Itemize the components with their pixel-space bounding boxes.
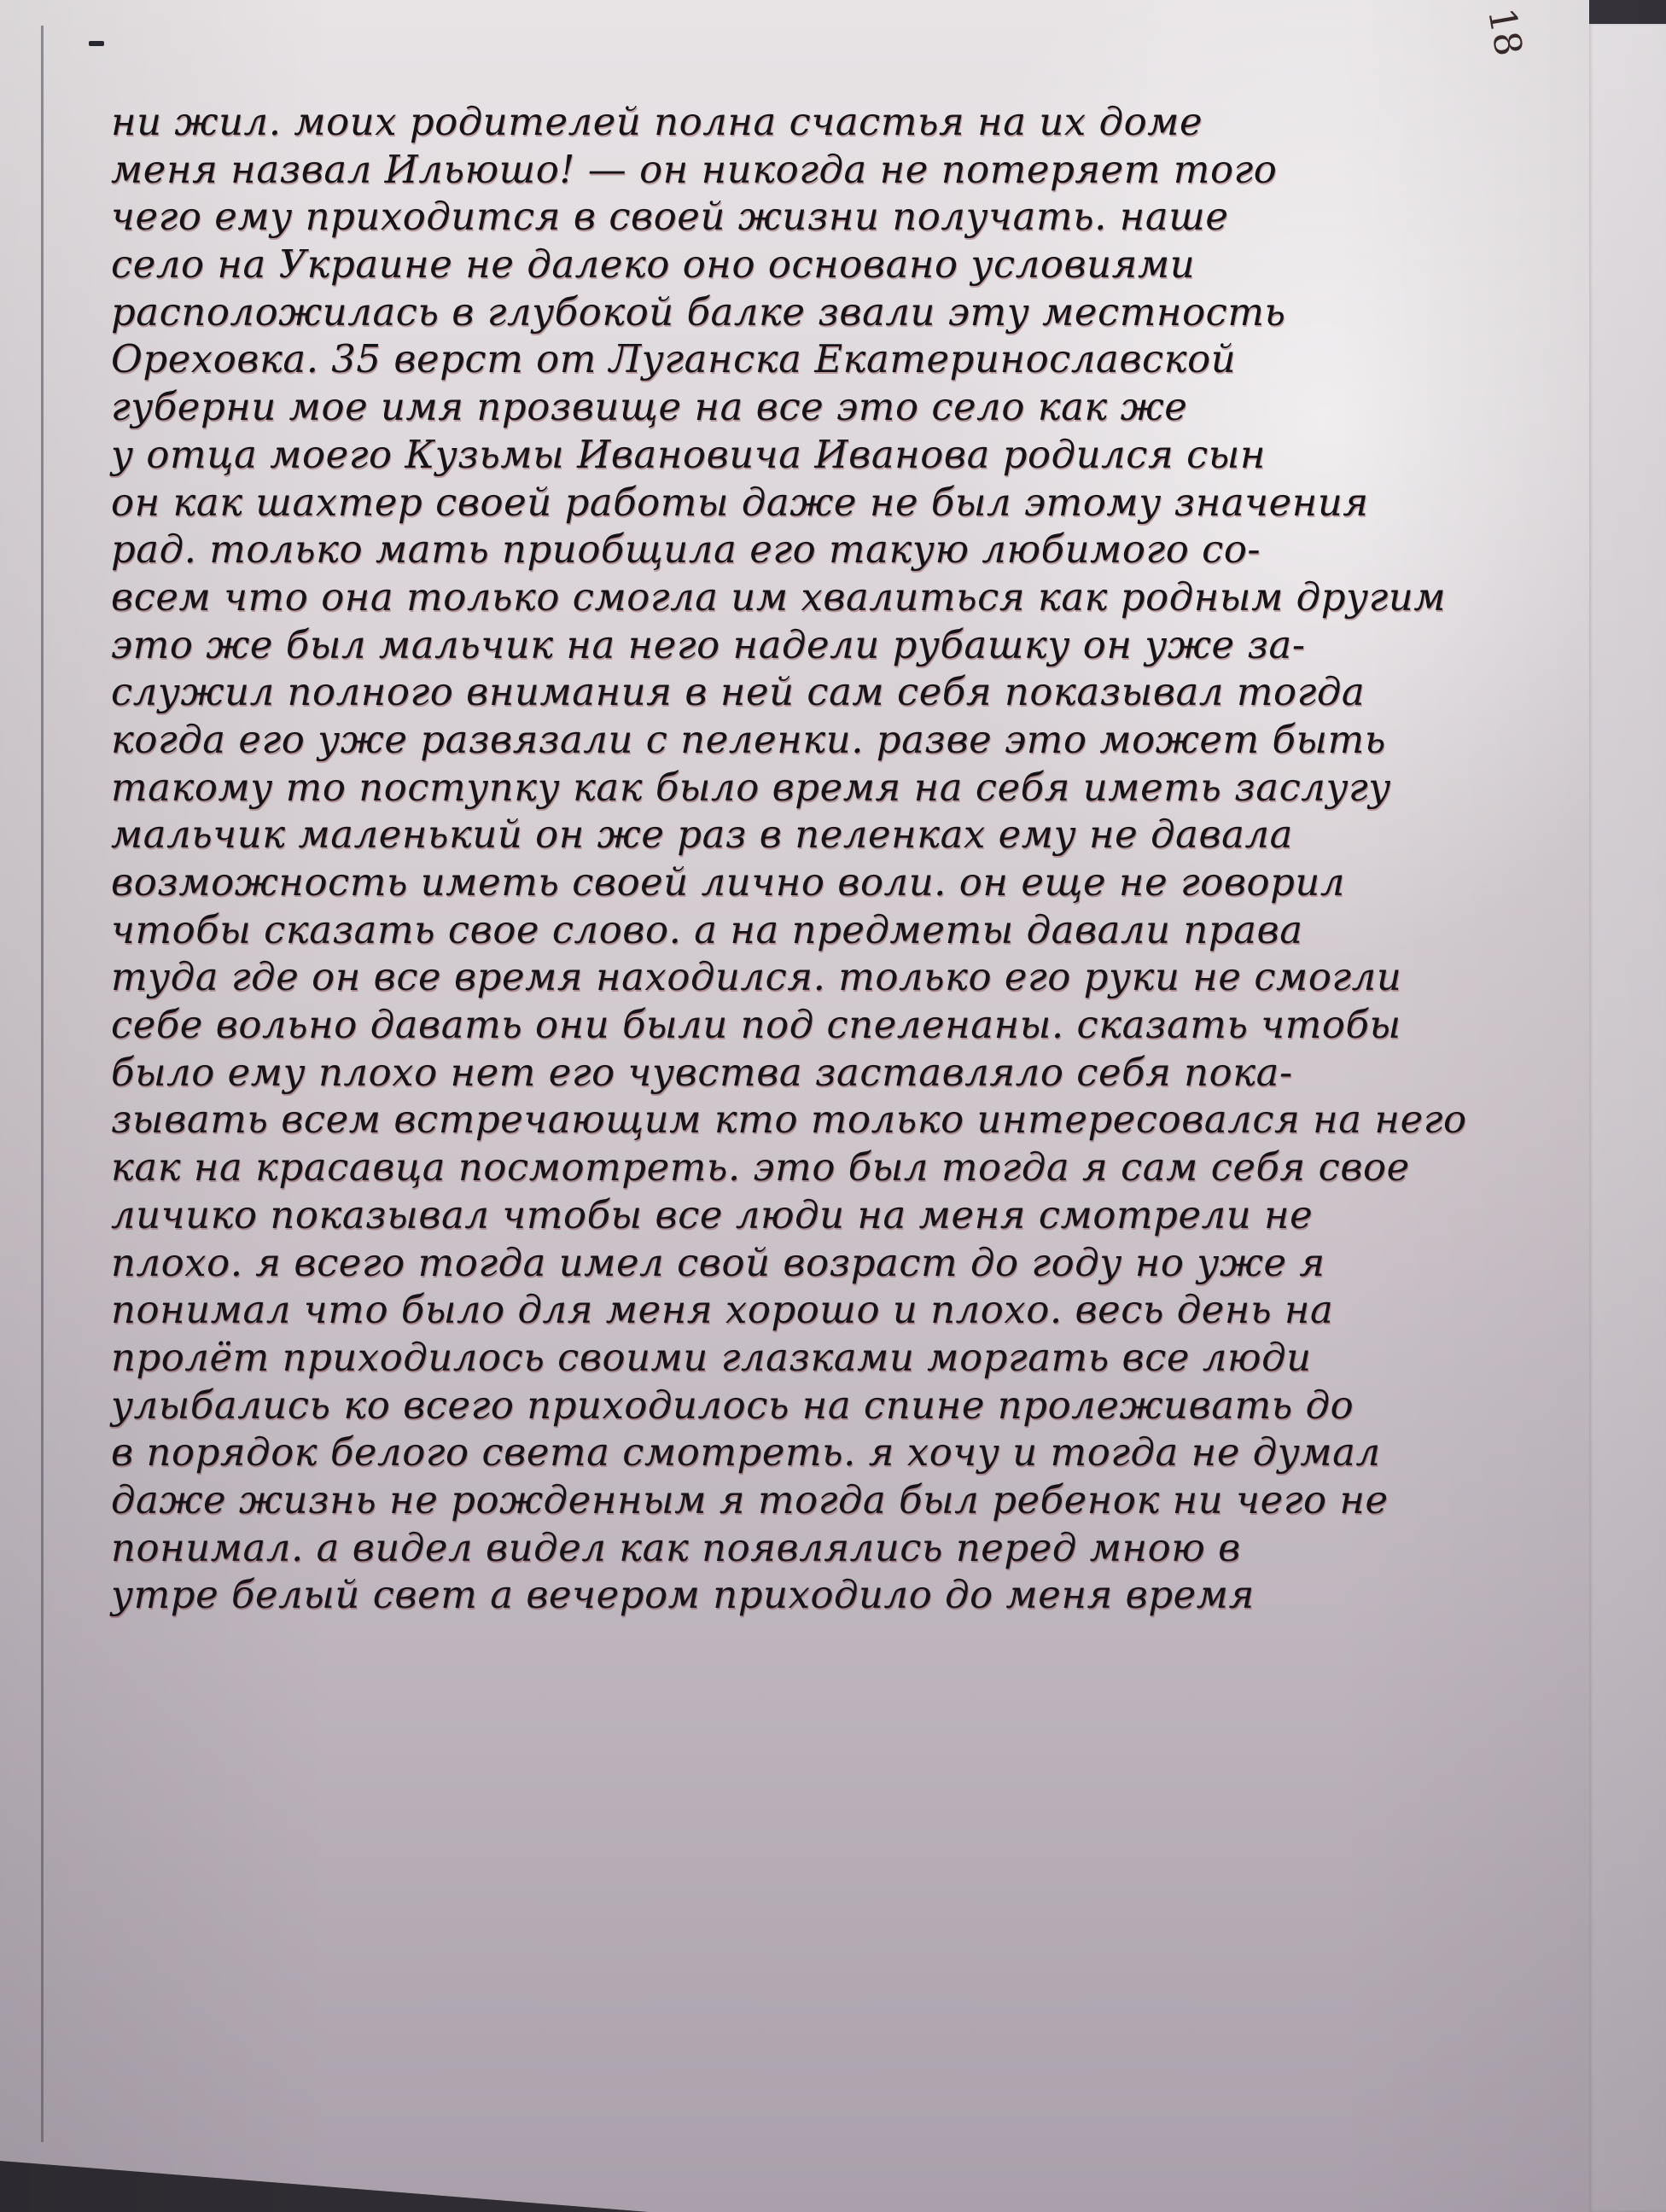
text-line: чтобы сказать свое слово. а на предметы … <box>111 911 1562 958</box>
text-line: расположилась в глубокой балке звали эту… <box>111 293 1562 341</box>
text-line: личико показывал чтобы все люди на меня … <box>111 1196 1562 1243</box>
text-line: у отца моего Кузьмы Ивановича Иванова ро… <box>111 435 1562 483</box>
text-line: в порядок белого света смотреть. я хочу … <box>111 1433 1562 1481</box>
text-line: плохо. я всего тогда имел свой возраст д… <box>111 1243 1562 1291</box>
text-line: туда где он все время находился. только … <box>111 958 1562 1005</box>
background-corner <box>1589 0 1666 24</box>
text-line: мальчик маленький он же раз в пеленках е… <box>111 815 1562 863</box>
text-line: утре белый свет а вечером приходило до м… <box>111 1575 1562 1623</box>
underlying-sheet-edge <box>1589 24 1666 2212</box>
text-line: всем что она только смогла им хвалиться … <box>111 578 1562 626</box>
text-line: меня назвал Ильюшо! — он никогда не поте… <box>111 150 1562 198</box>
handwritten-page: 18 ни жил. моих родителей полна счастья … <box>0 0 1666 2212</box>
text-line: даже жизнь не рожденным я тогда был ребе… <box>111 1481 1562 1528</box>
text-line: он как шахтер своей работы даже не был э… <box>111 483 1562 531</box>
text-line: губерни мое имя прозвище на все это село… <box>111 387 1562 435</box>
text-line: это же был мальчик на него надели рубашк… <box>111 626 1562 673</box>
margin-line <box>41 26 44 2142</box>
text-line: чего ему приходится в своей жизни получа… <box>111 197 1562 245</box>
background-edge <box>0 2161 649 2212</box>
text-line: понимал что было для меня хорошо и плохо… <box>111 1290 1562 1338</box>
text-line: когда его уже развязали с пеленки. разве… <box>111 720 1562 768</box>
text-line: как на красавца посмотреть. это был тогд… <box>111 1148 1562 1196</box>
text-line: улыбались ко всего приходилось на спине … <box>111 1386 1562 1434</box>
text-line: себе вольно давать они были под спеленан… <box>111 1005 1562 1053</box>
text-line: служил полного внимания в ней сам себя п… <box>111 672 1562 720</box>
text-line: возможность иметь своей лично воли. он е… <box>111 863 1562 911</box>
handwritten-text-block: ни жил. моих родителей полна счастья на … <box>111 102 1562 1623</box>
text-line: зывать всем встречающим кто только интер… <box>111 1100 1562 1148</box>
page-number: 18 <box>1479 4 1530 59</box>
text-line: пролёт приходилось своими глазками морга… <box>111 1338 1562 1386</box>
text-line: было ему плохо нет его чувства заставлял… <box>111 1053 1562 1101</box>
text-line: рад. только мать приобщила его такую люб… <box>111 530 1562 578</box>
text-line: такому то поступку как было время на себ… <box>111 768 1562 816</box>
margin-dash-mark <box>89 41 104 46</box>
text-line: понимал. а видел видел как появлялись пе… <box>111 1528 1562 1576</box>
text-line: ни жил. моих родителей полна счастья на … <box>111 102 1562 150</box>
text-line: Ореховка. 35 верст от Луганска Екатерино… <box>111 340 1562 387</box>
text-line: село на Украине не далеко оно основано у… <box>111 245 1562 293</box>
